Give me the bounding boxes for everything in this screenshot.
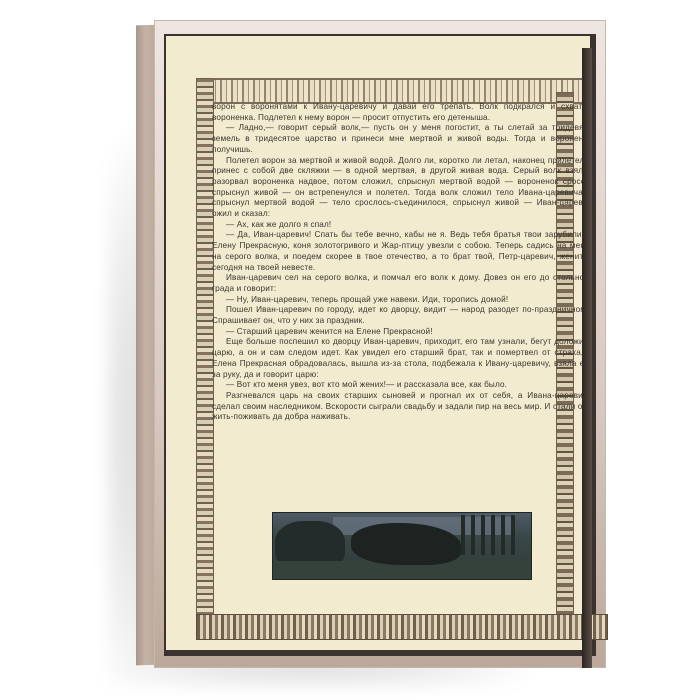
fairy-tale-text: ворон с воронятами к Ивану-царевичу и да… xyxy=(212,102,592,423)
paragraph: — Вот кто меня увез, вот кто мой жених!—… xyxy=(212,380,592,391)
book-page: ворон с воронятами к Ивану-царевичу и да… xyxy=(166,36,590,650)
ornamental-border-bottom-forest xyxy=(196,614,608,640)
frame-inner-shadow-right xyxy=(582,48,592,668)
ornamental-border-top-townscape xyxy=(196,78,588,104)
running-wolf xyxy=(351,523,461,565)
paragraph: — Ах, как же долго я спал! xyxy=(212,220,592,231)
tree-trunks xyxy=(461,515,521,555)
paragraph: — Да, Иван-царевич! Спать бы тебе вечно,… xyxy=(212,230,592,273)
paragraph: Полетел ворон за мертвой и живой водой. … xyxy=(212,156,592,220)
paragraph: Иван-царевич сел на серого волка, и помч… xyxy=(212,273,592,294)
frame-inner-gap: ворон с воронятами к Ивану-царевичу и да… xyxy=(164,34,596,656)
picture-frame: ворон с воронятами к Ивану-царевичу и да… xyxy=(154,20,606,668)
paragraph: — Ладно,— говорит серый волк,— пусть он … xyxy=(212,123,592,155)
paragraph: Пошел Иван-царевич по городу, идет ко дв… xyxy=(212,305,592,326)
paragraph: ворон с воронятами к Ивану-царевичу и да… xyxy=(212,102,592,123)
paragraph: Еще больше поспешил ко дворцу Иван-царев… xyxy=(212,337,592,380)
wolf-illustration xyxy=(272,512,532,580)
paragraph: — Старший царевич женится на Елене Прекр… xyxy=(212,327,592,338)
paragraph: — Ну, Иван-царевич, теперь прощай уже на… xyxy=(212,295,592,306)
paragraph: Разгневался царь на своих старших сынове… xyxy=(212,391,592,423)
